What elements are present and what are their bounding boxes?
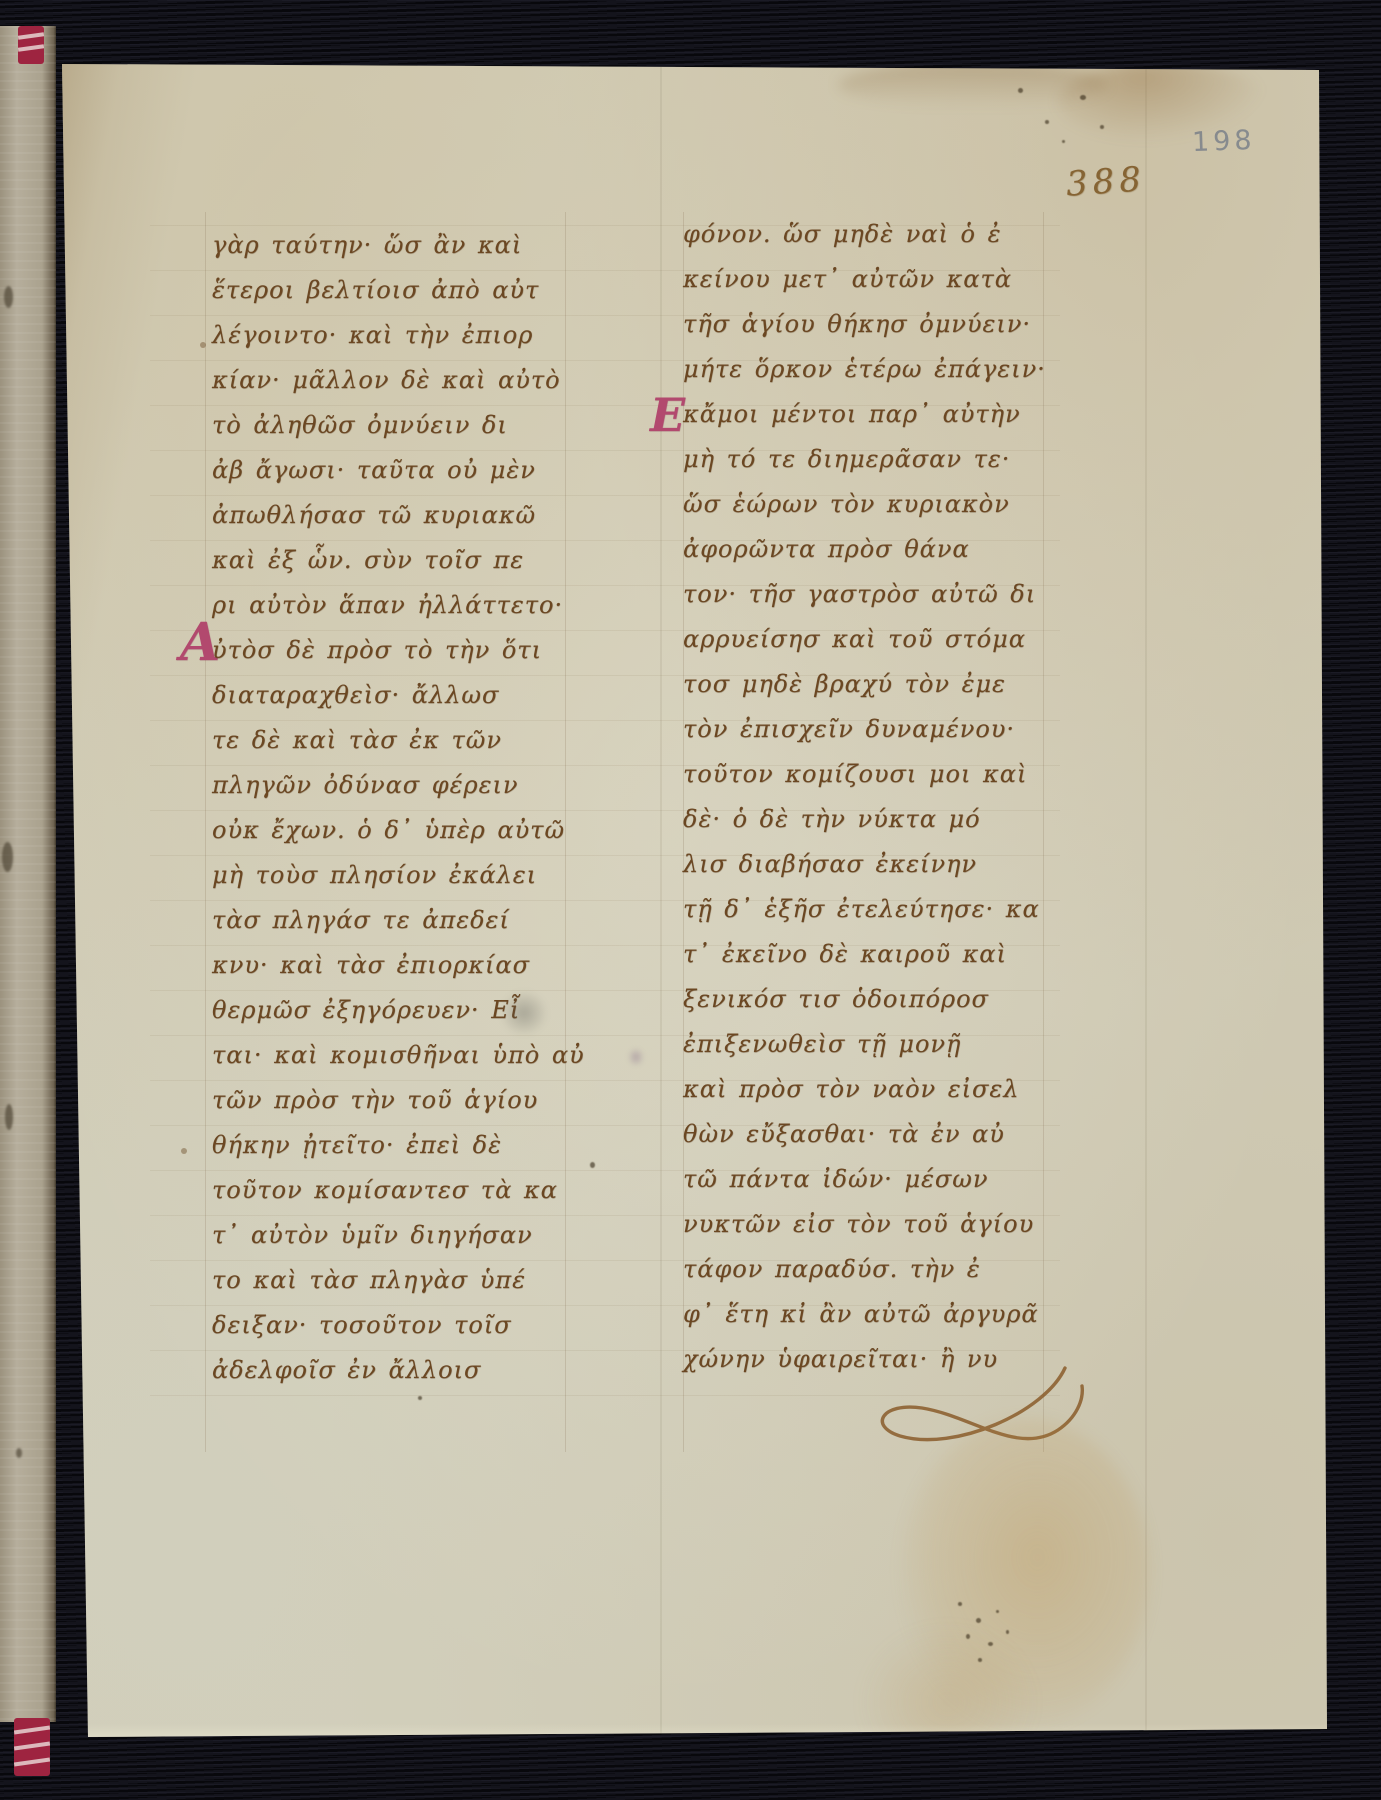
text-line: αρρυείσησ καὶ τοῦ στόμα <box>683 617 1103 662</box>
edge-mark <box>2 842 13 872</box>
text-line: ἀπωθλήσασ τῶ κυριακῶ <box>212 493 632 538</box>
speck <box>996 1610 999 1613</box>
text-column-right: φόνον. ὥσ μηδὲ ναὶ ὁ ἐ κείνου μετ᾽ αὐτῶν… <box>683 212 1103 1382</box>
text-line: ὥσ ἑώρων τὸν κυριακὸν <box>683 482 1103 527</box>
text-line: φόνον. ὥσ μηδὲ ναὶ ὁ ἐ <box>683 212 1103 257</box>
text-line: θερμῶσ ἐξηγόρευεν· Εἶ <box>212 988 632 1033</box>
speck <box>418 1396 422 1400</box>
text-line: πληγῶν ὀδύνασ φέρειν <box>212 763 632 808</box>
text-line: τῇ δ᾽ ἑξῆσ ἐτελεύτησε· κα <box>683 887 1103 932</box>
text-line: καὶ ἐξ ὧν. σὺν τοῖσ πε <box>212 538 632 583</box>
text-line: καὶ πρὸσ τὸν ναὸν εἰσελ <box>683 1067 1103 1112</box>
text-line: δὲ· ὁ δὲ τὴν νύκτα μό <box>683 797 1103 842</box>
text-line: ξενικόσ τισ ὁδοιπόροσ <box>683 977 1103 1022</box>
pen-flourish <box>860 1360 1100 1480</box>
text-line: τε δὲ καὶ τὰσ ἐκ τῶν <box>212 718 632 763</box>
text-line: τοσ μηδὲ βραχύ τὸν ἐμε <box>683 662 1103 707</box>
vertical-ruling-left-margin <box>205 212 206 1452</box>
speck <box>978 1658 982 1662</box>
endband-bottom <box>14 1718 50 1776</box>
text-line: τ᾽ ἐκεῖνο δὲ καιροῦ καὶ <box>683 932 1103 977</box>
speck <box>1006 1630 1009 1634</box>
page-crease <box>1145 62 1147 1740</box>
text-line: κνυ· καὶ τὰσ ἐπιορκίασ <box>212 943 632 988</box>
speck <box>1018 88 1023 93</box>
text-line: διαταραχθεὶσ· ἄλλωσ <box>212 673 632 718</box>
text-line: κίαν· μᾶλλον δὲ καὶ αὐτὸ <box>212 358 632 403</box>
text-line: φ᾽ ἕτη κἰ ἂν αὐτῶ ἀργυρᾶ <box>683 1292 1103 1337</box>
manuscript-page: 388 198 Α Ε γὰρ ταύτην· ὥσ ἂν καὶ ἕτεροι… <box>58 62 1330 1740</box>
text-line: τοῦτον κομίσαντεσ τὰ κα <box>212 1168 632 1213</box>
stain <box>858 1622 1038 1782</box>
text-line: τῶ πάντα ἰδών· μέσων <box>683 1157 1103 1202</box>
text-line: τὸ ἀληθῶσ ὀμνύειν δι <box>212 403 632 448</box>
edge-mark <box>4 286 13 308</box>
speck <box>966 1634 970 1639</box>
text-line: θὼν εὔξασθαι· τὰ ἐν αὐ <box>683 1112 1103 1157</box>
speck <box>1100 125 1104 129</box>
speck <box>1062 140 1065 143</box>
speck <box>958 1602 962 1606</box>
text-line: μὴ τοὺσ πλησίον ἐκάλει <box>212 853 632 898</box>
text-line: δειξαν· τοσοῦτον τοῖσ <box>212 1303 632 1348</box>
endband-top <box>18 26 44 64</box>
text-line: το καὶ τὰσ πληγὰσ ὑπέ <box>212 1258 632 1303</box>
text-line: θήκην ᾐτεῖτο· ἐπεὶ δὲ <box>212 1123 632 1168</box>
text-line: ἐπιξενωθεὶσ τῇ μονῇ <box>683 1022 1103 1067</box>
text-column-left: γὰρ ταύτην· ὥσ ἂν καὶ ἕτεροι βελτίοισ ἀπ… <box>212 223 632 1393</box>
speck <box>976 1618 981 1623</box>
page-crease <box>660 62 662 1740</box>
text-line: λισ διαβήσασ ἐκείνην <box>683 842 1103 887</box>
text-line: ὐτὸσ δὲ πρὸσ τὸ τὴν ὅτι <box>212 628 632 673</box>
text-line: κἄμοι μέντοι παρ᾽ αὐτὴν <box>683 392 1103 437</box>
text-line: μήτε ὅρκον ἑτέρω ἐπάγειν· <box>683 347 1103 392</box>
text-line: τον· τῆσ γαστρὸσ αὐτῶ δι <box>683 572 1103 617</box>
folio-number-ink: 388 <box>1065 159 1148 204</box>
folio-number-pencil: 198 <box>1191 125 1256 158</box>
rubric-initial-epsilon: Ε <box>650 388 685 442</box>
speck <box>988 1642 993 1646</box>
text-line: ἀφορῶντα πρὸσ θάνα <box>683 527 1103 572</box>
text-line: τῆσ ἁγίου θήκησ ὀμνύειν· <box>683 302 1103 347</box>
book-fore-edge <box>0 26 56 1722</box>
text-line: ἕτεροι βελτίοισ ἀπὸ αὐτ <box>212 268 632 313</box>
text-line: τ᾽ αὐτὸν ὑμῖν διηγήσαν <box>212 1213 632 1258</box>
text-line: τάφον παραδύσ. τὴν ἐ <box>683 1247 1103 1292</box>
text-line: γὰρ ταύτην· ὥσ ἂν καὶ <box>212 223 632 268</box>
margin-dot <box>181 1148 187 1154</box>
text-line: τὰσ πληγάσ τε ἀπεδεί <box>212 898 632 943</box>
text-line: ἀδελφοῖσ ἐν ἄλλοισ <box>212 1348 632 1393</box>
text-line: ἀβ ἄγωσι· ταῦτα οὐ μὲν <box>212 448 632 493</box>
text-line: κείνου μετ᾽ αὐτῶν κατὰ <box>683 257 1103 302</box>
text-line: ται· καὶ κομισθῆναι ὑπὸ αὐ <box>212 1033 632 1078</box>
text-line: νυκτῶν εἰσ τὸν τοῦ ἁγίου <box>683 1202 1103 1247</box>
text-line: λέγοιντο· καὶ τὴν ἐπιορ <box>212 313 632 358</box>
margin-dot <box>200 342 206 348</box>
text-line: οὐκ ἔχων. ὁ δ᾽ ὑπὲρ αὐτῶ <box>212 808 632 853</box>
text-line: τοῦτον κομίζουσι μοι καὶ <box>683 752 1103 797</box>
text-line: τὸν ἐπισχεῖν δυναμένου· <box>683 707 1103 752</box>
photograph-stage: 388 198 Α Ε γὰρ ταύτην· ὥσ ἂν καὶ ἕτεροι… <box>0 0 1381 1800</box>
page-edge-streaks <box>0 26 56 1722</box>
text-line: ρι αὐτὸν ἅπαν ἠλλάττετο· <box>212 583 632 628</box>
speck <box>1045 120 1049 124</box>
edge-mark <box>5 1104 13 1130</box>
speck <box>1080 95 1086 100</box>
speck <box>590 1162 595 1168</box>
stain <box>838 62 1108 108</box>
edge-mark <box>16 1448 22 1458</box>
text-line: μὴ τό τε διημερᾶσαν τε· <box>683 437 1103 482</box>
text-line: τῶν πρὸσ τὴν τοῦ ἁγίου <box>212 1078 632 1123</box>
